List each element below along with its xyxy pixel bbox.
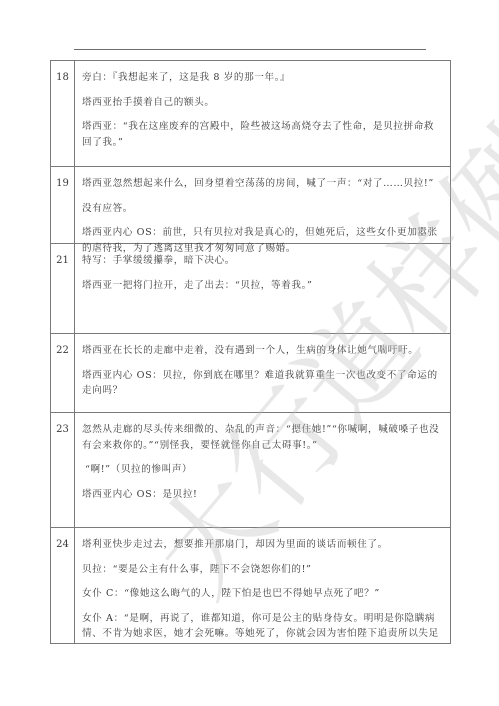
header-rule [74, 49, 426, 50]
scene-line: 塔西亚抬手摸着自己的额头。 [82, 95, 444, 111]
scene-content: 塔西亚忽然想起来什么，回身望着空荡荡的房间，喊了一声：“对了……贝拉!” 没有应… [75, 167, 450, 243]
table-row: 23 忽然从走廊的尽头传来细微的、杂乱的声音：“摁住她!”“你喊啊，喊破嗓子也没… [51, 412, 450, 527]
scene-number: 22 [51, 334, 75, 412]
scene-content: 忽然从走廊的尽头传来细微的、杂乱的声音：“摁住她!”“你喊啊，喊破嗓子也没有会来… [75, 413, 450, 527]
table-row: 22 塔西亚在长长的走廊中走着，没有遇到一个人，生病的身体让她气喘吁吁。 塔西亚… [51, 333, 450, 412]
scene-line: 女仆 A：“是啊，再说了，谁都知道，你可是公主的贴身侍女。明明是你隐瞒病情、不肯… [82, 611, 444, 644]
scene-line: 塔西亚在长长的走廊中走着，没有遇到一个人，生病的身体让她气喘吁吁。 [82, 343, 444, 359]
scene-line: 特写：手掌缓缓攥拳，暗下决心。 [82, 253, 444, 269]
scene-line: “啊!”（贝拉的惨叫声） [82, 462, 444, 478]
scene-line: 旁白：『我想起来了，这是我 8 岁的那一年。』 [82, 70, 444, 86]
scene-line: 塔西亚内心 OS：贝拉，你到底在哪里？难道我就算重生一次也改变不了命运的走向吗？ [82, 368, 444, 399]
script-table: 18 旁白：『我想起来了，这是我 8 岁的那一年。』 塔西亚抬手摸着自己的额头。… [50, 60, 451, 644]
table-row: 19 塔西亚忽然想起来什么，回身望着空荡荡的房间，喊了一声：“对了……贝拉!” … [51, 166, 450, 243]
scene-number: 21 [51, 244, 75, 333]
scene-line: 贝拉：“要是公主有什么事，陛下不会饶恕你们的!” [82, 562, 444, 578]
table-row: 21 特写：手掌缓缓攥拳，暗下决心。 塔西亚一把将门拉开，走了出去：“贝拉，等着… [51, 243, 450, 333]
scene-content: 塔西亚在长长的走廊中走着，没有遇到一个人，生病的身体让她气喘吁吁。 塔西亚内心 … [75, 334, 450, 412]
scene-number: 18 [51, 61, 75, 166]
scene-line: 塔利亚快步走过去，想要推开那扇门，却因为里面的谈话而顿住了。 [82, 537, 444, 553]
scene-number: 24 [51, 528, 75, 643]
scene-number: 19 [51, 167, 75, 243]
scene-line: 塔西亚一把将门拉开，走了出去：“贝拉，等着我。” [82, 278, 444, 294]
scene-content: 塔利亚快步走过去，想要推开那扇门，却因为里面的谈话而顿住了。 贝拉：“要是公主有… [75, 528, 450, 643]
scene-number: 23 [51, 413, 75, 527]
scene-line: 女仆 C：“像她这么晦气的人，陛下怕是也巴不得她早点死了吧？” [82, 586, 444, 602]
table-row: 24 塔利亚快步走过去，想要推开那扇门，却因为里面的谈话而顿住了。 贝拉：“要是… [51, 527, 450, 643]
scene-content: 特写：手掌缓缓攥拳，暗下决心。 塔西亚一把将门拉开，走了出去：“贝拉，等着我。” [75, 244, 450, 333]
scene-line: 塔西亚忽然想起来什么，回身望着空荡荡的房间，喊了一声：“对了……贝拉!” [82, 176, 444, 192]
scene-line: 塔西亚：“我在这座废弃的宫殿中，险些被这场高烧夺去了性命，是贝拉拼命救回了我。” [82, 119, 444, 150]
scene-content: 旁白：『我想起来了，这是我 8 岁的那一年。』 塔西亚抬手摸着自己的额头。 塔西… [75, 61, 450, 166]
scene-line: 忽然从走廊的尽头传来细微的、杂乱的声音：“摁住她!”“你喊啊，喊破嗓子也没有会来… [82, 422, 444, 453]
table-row: 18 旁白：『我想起来了，这是我 8 岁的那一年。』 塔西亚抬手摸着自己的额头。… [51, 61, 450, 166]
scene-line: 没有应答。 [82, 201, 444, 217]
scene-line: 塔西亚内心 OS：是贝拉! [82, 487, 444, 503]
